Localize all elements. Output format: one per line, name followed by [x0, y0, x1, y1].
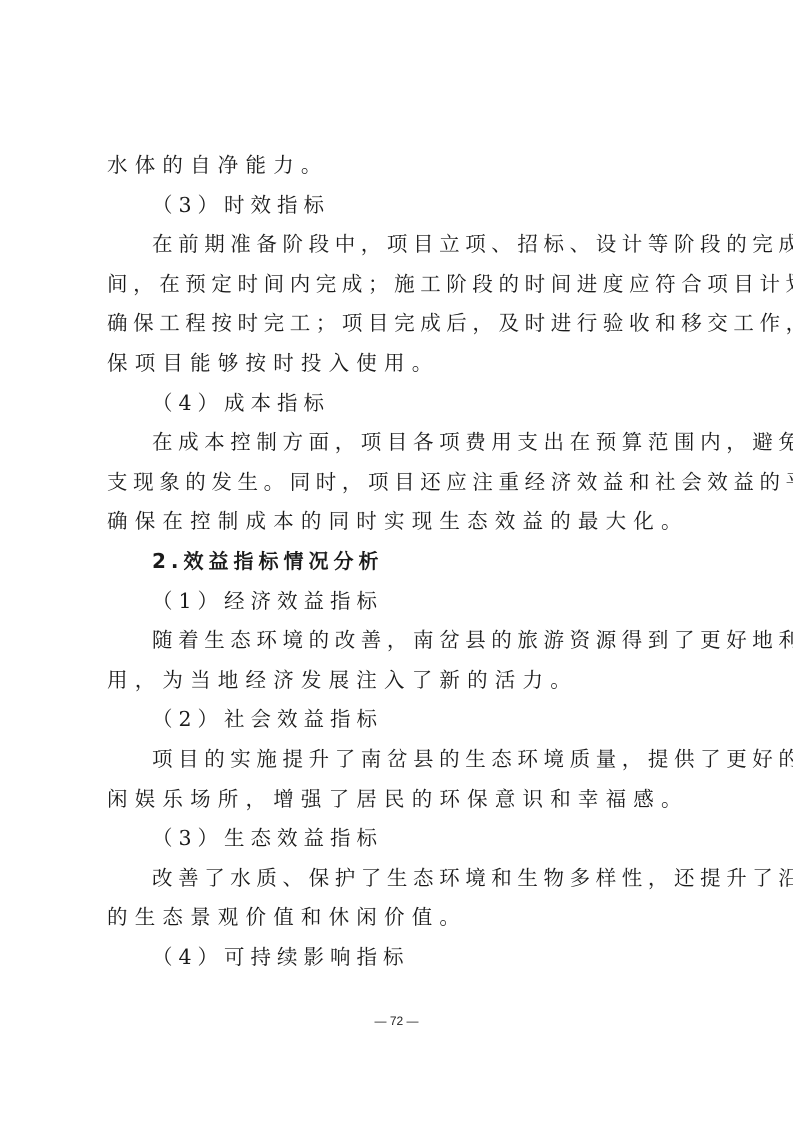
subsection-title-timeliness: （3）时效指标 — [107, 186, 697, 226]
subsection-title-ecological: （3）生态效益指标 — [107, 819, 697, 859]
paragraph-line: 闲娱乐场所，增强了居民的环保意识和幸福感。 — [107, 780, 697, 820]
subsection-title-sustainability: （4）可持续影响指标 — [107, 938, 697, 978]
subsection-title-cost: （4）成本指标 — [107, 384, 697, 424]
paragraph-line: 确保在控制成本的同时实现生态效益的最大化。 — [107, 502, 697, 542]
paragraph-line: 确保工程按时完工；项目完成后，及时进行验收和移交工作，确 — [107, 304, 697, 344]
document-page: 水体的自净能力。 （3）时效指标 在前期准备阶段中，项目立项、招标、设计等阶段的… — [107, 146, 697, 977]
body-text-line: 水体的自净能力。 — [107, 146, 697, 186]
paragraph-line: 间，在预定时间内完成；施工阶段的时间进度应符合项目计划， — [107, 265, 697, 305]
section-heading-benefit-analysis: 2.效益指标情况分析 — [107, 542, 697, 582]
paragraph-line: 支现象的发生。同时，项目还应注重经济效益和社会效益的平衡， — [107, 463, 697, 503]
subsection-title-economic: （1）经济效益指标 — [107, 582, 697, 622]
paragraph-line: 随着生态环境的改善，南岔县的旅游资源得到了更好地利 — [107, 621, 697, 661]
paragraph-line: 用，为当地经济发展注入了新的活力。 — [107, 661, 697, 701]
subsection-title-social: （2）社会效益指标 — [107, 700, 697, 740]
paragraph-line: 改善了水质、保护了生态环境和生物多样性，还提升了沿岸 — [107, 859, 697, 899]
paragraph-line: 保项目能够按时投入使用。 — [107, 344, 697, 384]
paragraph-line: 在前期准备阶段中，项目立项、招标、设计等阶段的完成时 — [107, 225, 697, 265]
paragraph-line: 项目的实施提升了南岔县的生态环境质量，提供了更好的休 — [107, 740, 697, 780]
paragraph-line: 在成本控制方面，项目各项费用支出在预算范围内，避免超 — [107, 423, 697, 463]
paragraph-line: 的生态景观价值和休闲价值。 — [107, 898, 697, 938]
page-number: — 72 — — [0, 1014, 793, 1028]
